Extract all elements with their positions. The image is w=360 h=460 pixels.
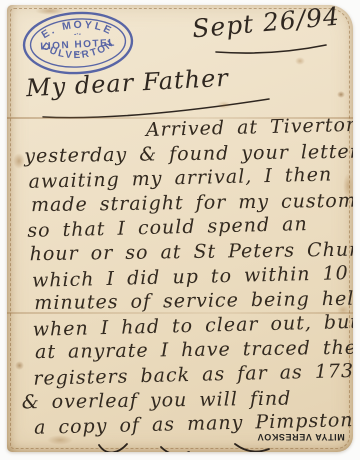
clipped-line-strokes <box>87 442 307 452</box>
letter-photo: { "photo": { "background": "#fbfbfa", "p… <box>0 0 360 460</box>
letter-paper: E. MOYLE -·- LION HOTEL -·- DULVERTON Se… <box>7 5 353 452</box>
hotel-stamp: E. MOYLE -·- LION HOTEL -·- DULVERTON <box>18 7 137 79</box>
age-spot <box>337 91 345 98</box>
photo-credit-watermark: MITYA VERESKOV <box>257 432 345 442</box>
letter-body: Arrived at Tiverton yesterday & found yo… <box>16 115 353 439</box>
letter-date: Sept 26/94 <box>191 5 341 43</box>
age-spot <box>295 57 305 65</box>
stamp-separator-top: -·- <box>74 31 82 38</box>
date-underline-stroke <box>212 41 332 57</box>
